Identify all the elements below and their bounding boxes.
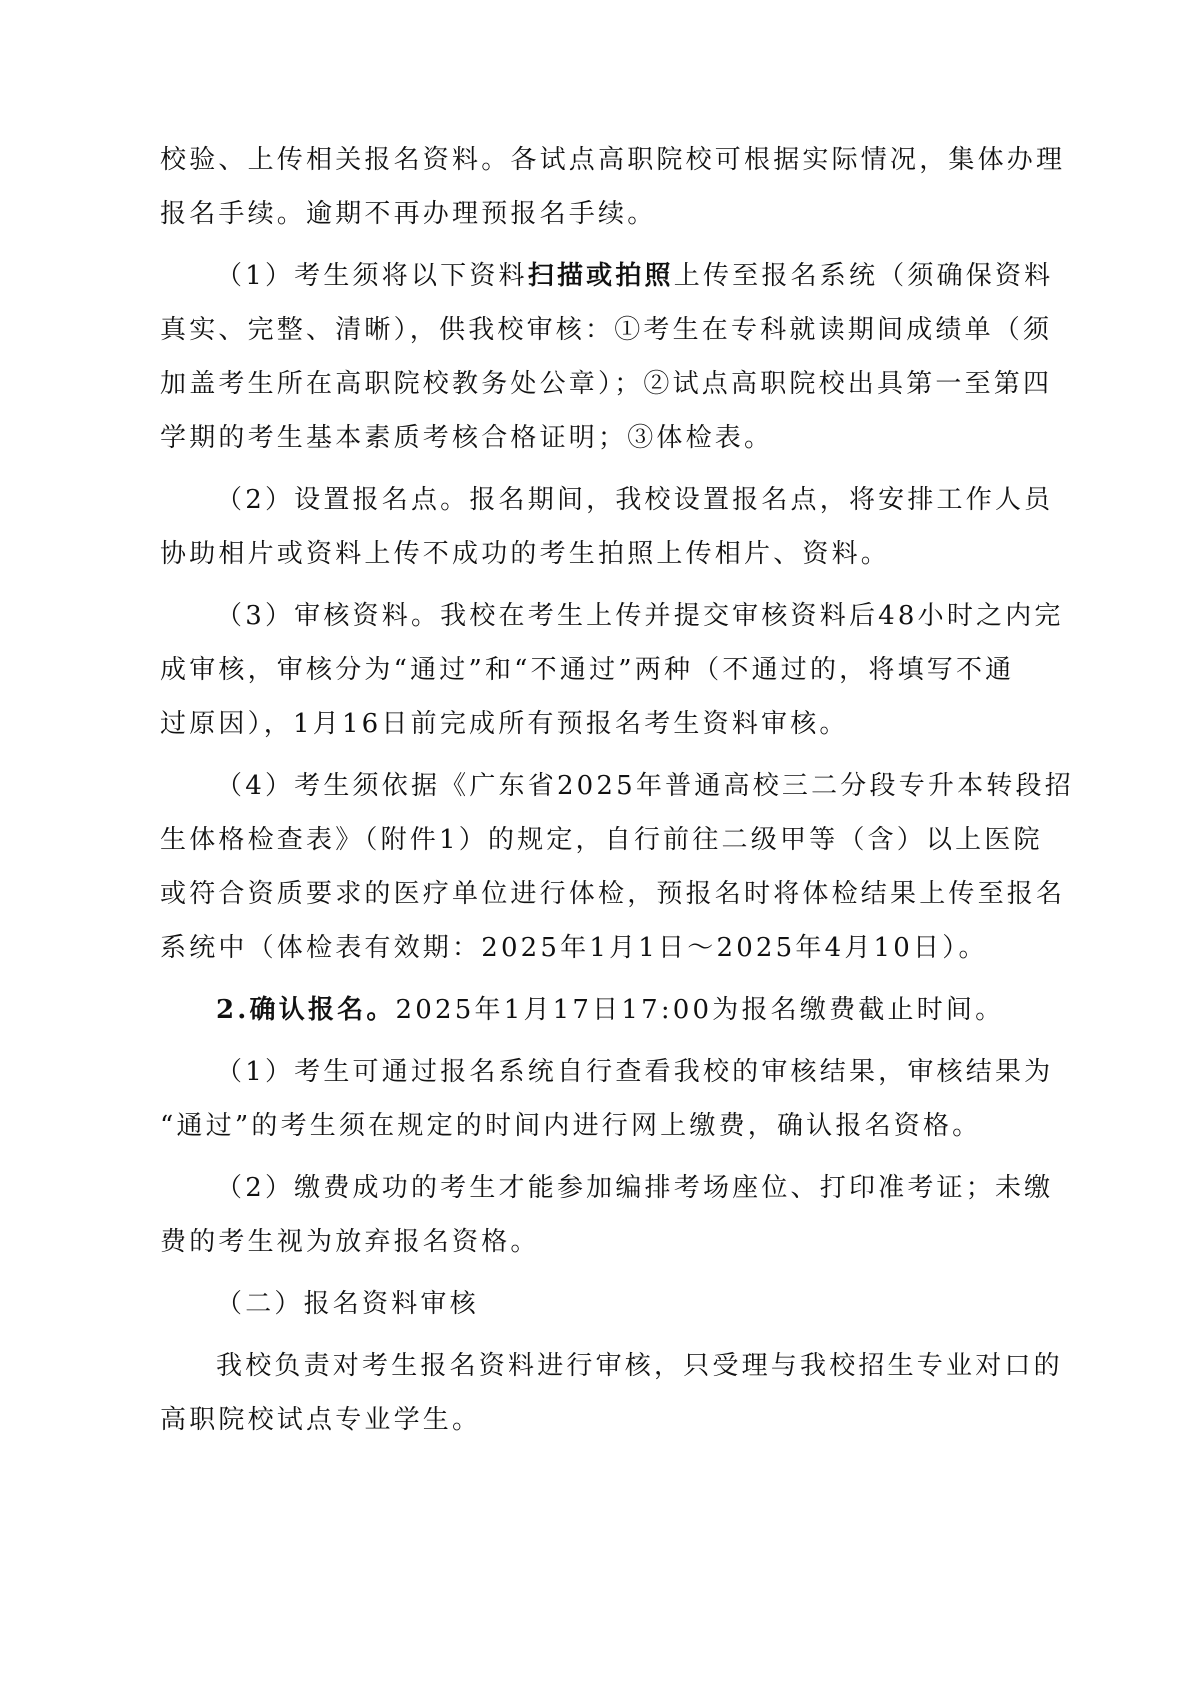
text-prefix: （1）考生须将以下资料 xyxy=(216,261,528,291)
paragraph-review-materials: （3）审核资料。我校在考生上传并提交审核资料后48小时之内完 成审核，审核分为“… xyxy=(160,589,1050,751)
paragraph-registration-materials: 校验、上传相关报名资料。各试点高职院校可根据实际情况，集体办理 报名手续。逾期不… xyxy=(160,133,1050,241)
text-line: 高职院校试点专业学生。 xyxy=(160,1393,1050,1447)
paragraph-registration-point: （2）设置报名点。报名期间，我校设置报名点，将安排工作人员 协助相片或资料上传不… xyxy=(160,473,1050,581)
section-confirm-registration: 2.确认报名。2025年1月17日17:00为报名缴费截止时间。 xyxy=(160,983,1050,1037)
text-line: 系统中（体检表有效期：2025年1月1日～2025年4月10日）。 xyxy=(160,921,1050,975)
deadline-text: 2025年1月17日17:00为报名缴费截止时间。 xyxy=(396,995,1005,1025)
paragraph-review-scope: 我校负责对考生报名资料进行审核，只受理与我校招生专业对口的 高职院校试点专业学生… xyxy=(160,1339,1050,1447)
paragraph-physical-exam: （4）考生须依据《广东省2025年普通高校三二分段专升本转段招 生体格检查表》（… xyxy=(160,759,1050,975)
text-line: 生体格检查表》（附件1）的规定，自行前往二级甲等（含）以上医院 xyxy=(160,813,1050,867)
text-line: （3）审核资料。我校在考生上传并提交审核资料后48小时之内完 xyxy=(160,589,1050,643)
text-line: 或符合资质要求的医疗单位进行体检，预报名时将体检结果上传至报名 xyxy=(160,867,1050,921)
text-line: 费的考生视为放弃报名资格。 xyxy=(160,1215,1050,1269)
bold-emphasis: 扫描或拍照 xyxy=(528,261,674,291)
text-line: （1）考生须将以下资料扫描或拍照上传至报名系统（须确保资料 xyxy=(160,249,1050,303)
subsection-heading: （二）报名资料审核 xyxy=(160,1277,1050,1331)
text-line: 成审核，审核分为“通过”和“不通过”两种（不通过的，将填写不通 xyxy=(160,643,1050,697)
paragraph-upload-requirements: （1）考生须将以下资料扫描或拍照上传至报名系统（须确保资料 真实、完整、清晰），… xyxy=(160,249,1050,465)
text-line: 学期的考生基本素质考核合格证明；③体检表。 xyxy=(160,411,1050,465)
section-heading: 2.确认报名。 xyxy=(216,995,396,1025)
text-line: 加盖考生所在高职院校教务处公章）；②试点高职院校出具第一至第四 xyxy=(160,357,1050,411)
text-line: 我校负责对考生报名资料进行审核，只受理与我校招生专业对口的 xyxy=(160,1339,1050,1393)
paragraph-check-results: （1）考生可通过报名系统自行查看我校的审核结果，审核结果为 “通过”的考生须在规… xyxy=(160,1045,1050,1153)
text-line: 2.确认报名。2025年1月17日17:00为报名缴费截止时间。 xyxy=(160,983,1050,1037)
text-line: 校验、上传相关报名资料。各试点高职院校可根据实际情况，集体办理 xyxy=(160,133,1050,187)
text-suffix: 上传至报名系统（须确保资料 xyxy=(674,261,1054,291)
text-line: 真实、完整、清晰），供我校审核：①考生在专科就读期间成绩单（须 xyxy=(160,303,1050,357)
text-line: （2）设置报名点。报名期间，我校设置报名点，将安排工作人员 xyxy=(160,473,1050,527)
paragraph-payment: （2）缴费成功的考生才能参加编排考场座位、打印准考证；未缴 费的考生视为放弃报名… xyxy=(160,1161,1050,1269)
subsection-title: （二）报名资料审核 xyxy=(160,1277,1050,1331)
text-line: 过原因），1月16日前完成所有预报名考生资料审核。 xyxy=(160,697,1050,751)
text-line: 报名手续。逾期不再办理预报名手续。 xyxy=(160,187,1050,241)
text-line: （4）考生须依据《广东省2025年普通高校三二分段专升本转段招 xyxy=(160,759,1050,813)
document-page: 校验、上传相关报名资料。各试点高职院校可根据实际情况，集体办理 报名手续。逾期不… xyxy=(160,133,1050,1447)
text-line: （1）考生可通过报名系统自行查看我校的审核结果，审核结果为 xyxy=(160,1045,1050,1099)
text-line: （2）缴费成功的考生才能参加编排考场座位、打印准考证；未缴 xyxy=(160,1161,1050,1215)
text-line: 协助相片或资料上传不成功的考生拍照上传相片、资料。 xyxy=(160,527,1050,581)
text-line: “通过”的考生须在规定的时间内进行网上缴费，确认报名资格。 xyxy=(160,1099,1050,1153)
